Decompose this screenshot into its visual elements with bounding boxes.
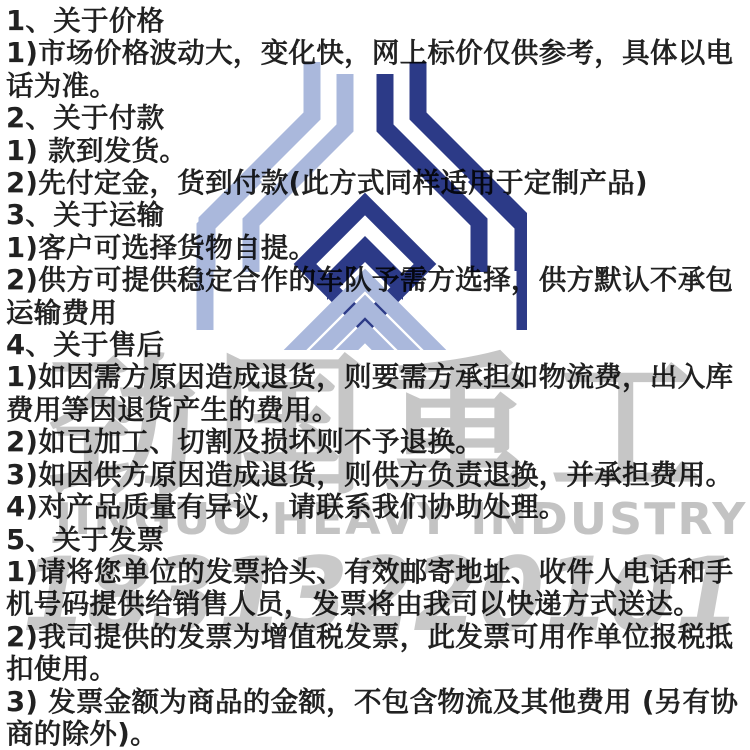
terms-line: 2)我司提供的发票为增值税发票，此发票可用作单位报税抵扣使用。 — [6, 621, 744, 686]
terms-line: 1)客户可选择货物自提。 — [6, 232, 744, 264]
section-title: 5、关于发票 — [6, 524, 744, 556]
terms-line: 1)市场价格波动大，变化快，网上标价仅供参考，具体以电话为准。 — [6, 37, 744, 102]
section-title: 2、关于付款 — [6, 102, 744, 134]
terms-line: 2)先付定金，货到付款(此方式同样适用于定制产品) — [6, 167, 744, 199]
section-title: 1、关于价格 — [6, 5, 744, 37]
terms-document: 1、关于价格1)市场价格波动大，变化快，网上标价仅供参考，具体以电话为准。2、关… — [0, 0, 750, 750]
terms-line: 2)如已加工、切割及损坏则不予退换。 — [6, 426, 744, 458]
terms-line: 1) 款到发货。 — [6, 135, 744, 167]
terms-line: 2)供方可提供稳定合作的车队予需方选择，供方默认不承包运输费用 — [6, 264, 744, 329]
terms-line: 4)对产品质量有异议，请联系我们协助处理。 — [6, 491, 744, 523]
terms-line: 1)请将您单位的发票拾头、有效邮寄地址、收件人电话和手机号码提供给销售人员，发票… — [6, 556, 744, 621]
section-title: 4、关于售后 — [6, 329, 744, 361]
terms-line: 3) 发票金额为商品的金额，不包含物流及其他费用 (另有协商的除外)。 — [6, 686, 744, 750]
section-title: 3、关于运输 — [6, 199, 744, 231]
terms-line: 3)如因供方原因造成退货，则供方负责退换，并承担费用。 — [6, 459, 744, 491]
terms-line: 1)如因需方原因造成退货，则要需方承担如物流费，出入库费用等因退货产生的费用。 — [6, 361, 744, 426]
